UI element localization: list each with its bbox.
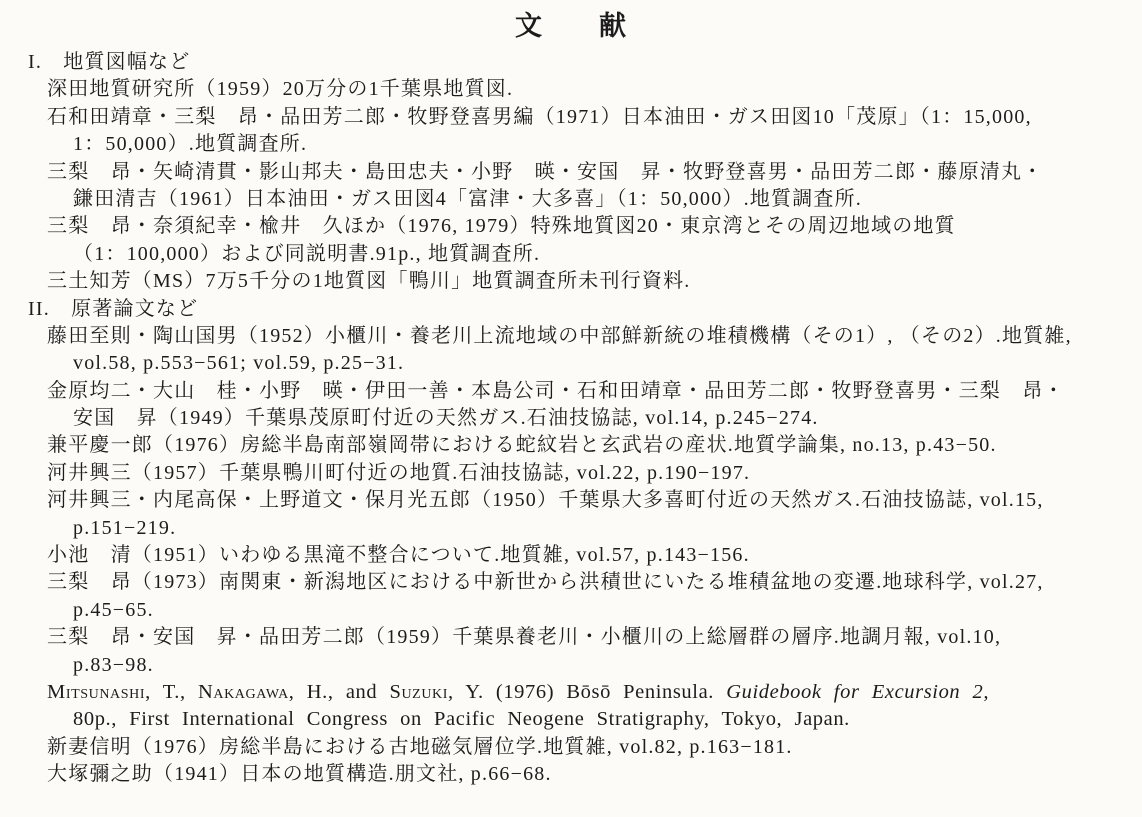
reference-line: 三梨 昂・安国 昇・品田芳二郎（1959）千葉県養老川・小櫃川の上総層群の層序.… [0, 624, 1142, 651]
reference-line: 三土知芳（MS）7万5千分の1地質図「鴨川」地質調査所未刊行資料. [0, 268, 1142, 295]
reference-line: p.45−65. [0, 597, 1142, 624]
text-segment: 三土知芳（MS）7万5千分の1地質図「鴨川」地質調査所未刊行資料. [47, 270, 691, 292]
text-segment: 安国 昇（1949）千葉県茂原町付近の天然ガス.石油技協誌, vol.14, p… [73, 407, 819, 429]
section-heading: I. 地質図幅など [0, 49, 1142, 76]
reference-line: 新妻信明（1976）房総半島における古地磁気層位学.地質雑, vol.82, p… [0, 734, 1142, 761]
reference-line: 三梨 昂（1973）南関東・新潟地区における中新世から洪積世にいたる堆積盆地の変… [0, 569, 1142, 596]
text-segment: , H., and [289, 681, 390, 703]
text-segment: I. 地質図幅など [28, 51, 190, 73]
reference-line: 三梨 昂・奈須紀幸・楡井 久ほか（1976, 1979）特殊地質図20・東京湾と… [0, 213, 1142, 240]
reference-line: 河井興三・内尾高保・上野道文・保月光五郎（1950）千葉県大多喜町付近の天然ガス… [0, 487, 1142, 514]
reference-line: 大塚彌之助（1941）日本の地質構造.朋文社, p.66−68. [0, 761, 1142, 788]
text-segment: 藤田至則・陶山国男（1952）小櫃川・養老川上流地域の中部鮮新統の堆積機構（その… [47, 325, 1072, 347]
text-segment: 深田地質研究所（1959）20万分の1千葉県地質図. [47, 78, 513, 100]
reference-line: （1：100,000）および同説明書.91p., 地質調査所. [0, 241, 1142, 268]
text-segment: 三梨 昂・安国 昇・品田芳二郎（1959）千葉県養老川・小櫃川の上総層群の層序.… [47, 626, 1001, 648]
text-segment: p.83−98. [73, 654, 154, 676]
reference-line: 鎌田清吉（1961）日本油田・ガス田図4「富津・大多喜」（1：50,000）.地… [0, 186, 1142, 213]
reference-line: 河井興三（1957）千葉県鴨川町付近の地質.石油技協誌, vol.22, p.1… [0, 460, 1142, 487]
reference-line: 80p., First International Congress on Pa… [0, 706, 1142, 733]
reference-line: 小池 清（1951）いわゆる黒滝不整合について.地質雑, vol.57, p.1… [0, 542, 1142, 569]
reference-line: vol.58, p.553−561; vol.59, p.25−31. [0, 350, 1142, 377]
text-segment: 三梨 昂・矢崎清貫・影山邦夫・島田忠夫・小野 暎・安国 昇・牧野登喜男・品田芳二… [47, 161, 1043, 183]
text-segment: 金原均二・大山 桂・小野 暎・伊田一善・本島公司・石和田靖章・品田芳二郎・牧野登… [47, 380, 1065, 402]
text-segment: 三梨 昂・奈須紀幸・楡井 久ほか（1976, 1979）特殊地質図20・東京湾と… [47, 215, 956, 237]
reference-line: 深田地質研究所（1959）20万分の1千葉県地質図. [0, 76, 1142, 103]
text-segment: 鎌田清吉（1961）日本油田・ガス田図4「富津・大多喜」（1：50,000）.地… [73, 188, 862, 210]
author-smallcaps: Nakagawa [198, 681, 289, 703]
text-segment: 河井興三・内尾高保・上野道文・保月光五郎（1950）千葉県大多喜町付近の天然ガス… [47, 489, 1044, 511]
text-segment: p.151−219. [73, 517, 176, 539]
reference-line: 藤田至則・陶山国男（1952）小櫃川・養老川上流地域の中部鮮新統の堆積機構（その… [0, 323, 1142, 350]
reference-line: Mitsunashi, T., Nakagawa, H., and Suzuki… [0, 679, 1142, 706]
text-segment: 1：50,000）.地質調査所. [73, 133, 307, 155]
reference-line: p.83−98. [0, 652, 1142, 679]
author-smallcaps: Mitsunashi [47, 681, 145, 703]
reference-line: 安国 昇（1949）千葉県茂原町付近の天然ガス.石油技協誌, vol.14, p… [0, 405, 1142, 432]
text-segment: II. 原著論文など [28, 298, 198, 320]
reference-line: 兼平慶一郎（1976）房総半島南部嶺岡帯における蛇紋岩と玄武岩の産状.地質学論集… [0, 432, 1142, 459]
reference-line: 金原均二・大山 桂・小野 暎・伊田一善・本島公司・石和田靖章・品田芳二郎・牧野登… [0, 378, 1142, 405]
italic-text: Guidebook for Excursion 2, [726, 681, 989, 703]
text-segment: p.45−65. [73, 599, 154, 621]
reference-line: p.151−219. [0, 515, 1142, 542]
section-heading: II. 原著論文など [0, 296, 1142, 323]
text-segment: 石和田靖章・三梨 昂・品田芳二郎・牧野登喜男編（1971）日本油田・ガス田図10… [47, 106, 1032, 128]
text-segment: , T., [145, 681, 198, 703]
text-segment: , Y. (1976) Bōsō Peninsula. [448, 681, 726, 703]
reference-line: 石和田靖章・三梨 昂・品田芳二郎・牧野登喜男編（1971）日本油田・ガス田図10… [0, 104, 1142, 131]
text-segment: 河井興三（1957）千葉県鴨川町付近の地質.石油技協誌, vol.22, p.1… [47, 462, 750, 484]
page-title: 文 献 [0, 0, 1142, 41]
text-segment: 新妻信明（1976）房総半島における古地磁気層位学.地質雑, vol.82, p… [47, 736, 793, 758]
author-smallcaps: Suzuki [389, 681, 448, 703]
text-segment: 兼平慶一郎（1976）房総半島南部嶺岡帯における蛇紋岩と玄武岩の産状.地質学論集… [47, 434, 997, 456]
text-segment: 大塚彌之助（1941）日本の地質構造.朋文社, p.66−68. [47, 763, 552, 785]
text-segment: 三梨 昂（1973）南関東・新潟地区における中新世から洪積世にいたる堆積盆地の変… [47, 571, 1044, 593]
document-page: 文 献 I. 地質図幅など深田地質研究所（1959）20万分の1千葉県地質図.石… [0, 0, 1142, 817]
text-segment: 80p., First International Congress on Pa… [73, 708, 850, 730]
text-segment: 小池 清（1951）いわゆる黒滝不整合について.地質雑, vol.57, p.1… [47, 544, 750, 566]
text-segment: （1：100,000）および同説明書.91p., 地質調査所. [73, 243, 540, 265]
reference-line: 三梨 昂・矢崎清貫・影山邦夫・島田忠夫・小野 暎・安国 昇・牧野登喜男・品田芳二… [0, 159, 1142, 186]
reference-list: I. 地質図幅など深田地質研究所（1959）20万分の1千葉県地質図.石和田靖章… [0, 41, 1142, 789]
text-segment: vol.58, p.553−561; vol.59, p.25−31. [73, 352, 404, 374]
reference-line: 1：50,000）.地質調査所. [0, 131, 1142, 158]
